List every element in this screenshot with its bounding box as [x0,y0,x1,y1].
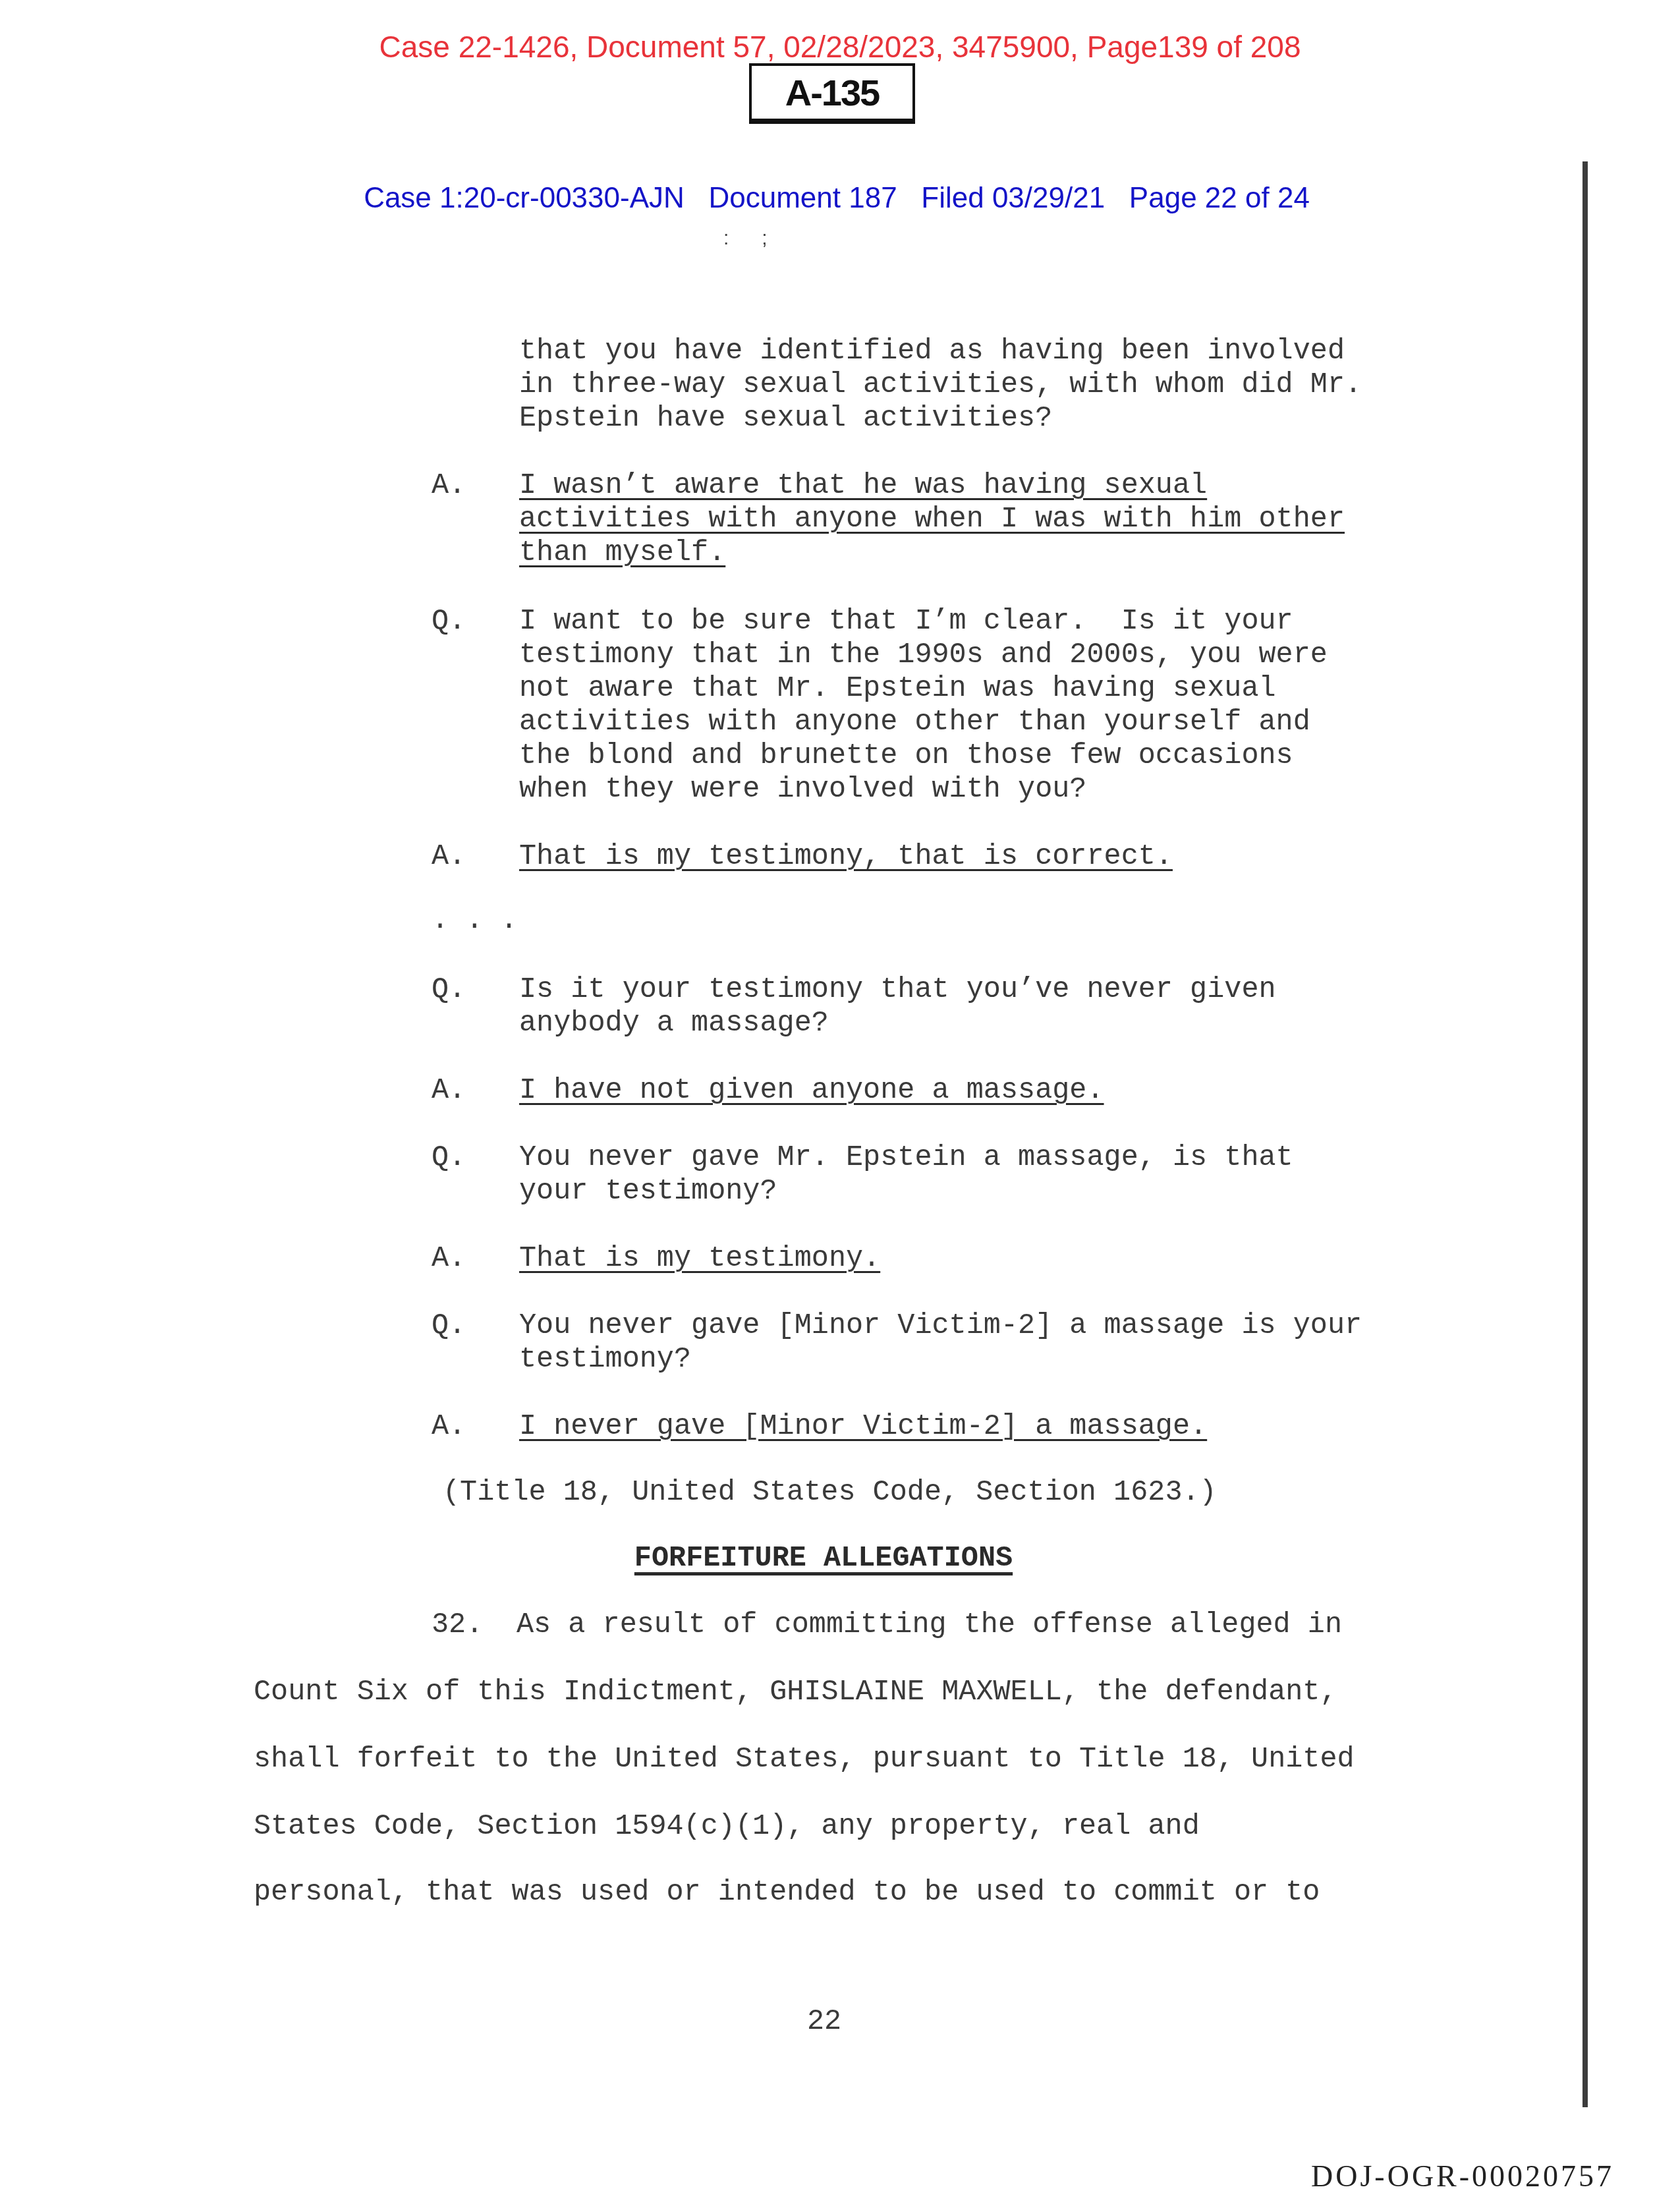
question-label: Q. [432,605,466,638]
answer-label: A. [432,1242,466,1276]
section-heading: FORFEITURE ALLEGATIONS [0,1542,1647,1575]
question-line: activities with anyone other than yourse… [519,706,1310,739]
question-line: the blond and brunette on those few occa… [519,739,1293,773]
answer-line: I wasn’t aware that he was having sexual [519,469,1207,503]
question-label: Q. [432,1309,466,1343]
answer-line: I never gave [Minor Victim-2] a massage. [519,1410,1207,1444]
paragraph-line: As a result of committing the offense al… [517,1608,1342,1642]
question-line: You never gave [Minor Victim-2] a massag… [519,1309,1362,1343]
appeal-case-header: Case 22-1426, Document 57, 02/28/2023, 3… [0,29,1680,65]
answer-line: than myself. [519,536,725,570]
question-line: Is it your testimony that you’ve never g… [519,973,1276,1007]
answer-label: A. [432,1410,466,1444]
question-line: testimony that in the 1990s and 2000s, y… [519,638,1328,672]
question-line: You never gave Mr. Epstein a massage, is… [519,1141,1293,1175]
ellipsis: . . . [432,904,518,938]
answer-line: activities with anyone when I was with h… [519,503,1345,536]
question-line: when they were involved with you? [519,773,1086,807]
question-line: anybody a massage? [519,1007,829,1040]
paragraph-number: 32. [432,1608,483,1642]
transcript-line: in three-way sexual activities, with who… [519,368,1362,402]
scan-marks: : ; [723,227,768,250]
answer-label: A. [432,469,466,503]
answer-line: I have not given anyone a massage. [519,1074,1104,1108]
bates-number: DOJ-OGR-00020757 [1311,2159,1614,2194]
paragraph-line: States Code, Section 1594(c)(1), any pro… [254,1810,1200,1844]
answer-label: A. [432,1074,466,1108]
question-line: not aware that Mr. Epstein was having se… [519,672,1276,706]
paragraph-line: personal, that was used or intended to b… [254,1876,1320,1910]
statute-citation: (Title 18, United States Code, Section 1… [443,1476,1217,1510]
transcript-line: Epstein have sexual activities? [519,402,1052,436]
transcript-line: that you have identified as having been … [519,335,1345,368]
paragraph-line: Count Six of this Indictment, GHISLAINE … [254,1676,1337,1709]
question-line: I want to be sure that I’m clear. Is it … [519,605,1293,638]
question-label: Q. [432,973,466,1007]
exhibit-number-box: A-135 [749,63,915,124]
question-line: testimony? [519,1343,691,1376]
exhibit-number: A-135 [785,71,880,114]
page-number: 22 [807,2005,841,2039]
answer-line: That is my testimony. [519,1242,880,1276]
margin-bar [1582,161,1588,2107]
question-line: your testimony? [519,1175,777,1208]
district-case-header: Case 1:20-cr-00330-AJN Document 187 File… [0,182,1673,215]
paragraph-line: shall forfeit to the United States, purs… [254,1743,1355,1776]
question-label: Q. [432,1141,466,1175]
answer-line: That is my testimony, that is correct. [519,840,1173,874]
answer-label: A. [432,840,466,874]
